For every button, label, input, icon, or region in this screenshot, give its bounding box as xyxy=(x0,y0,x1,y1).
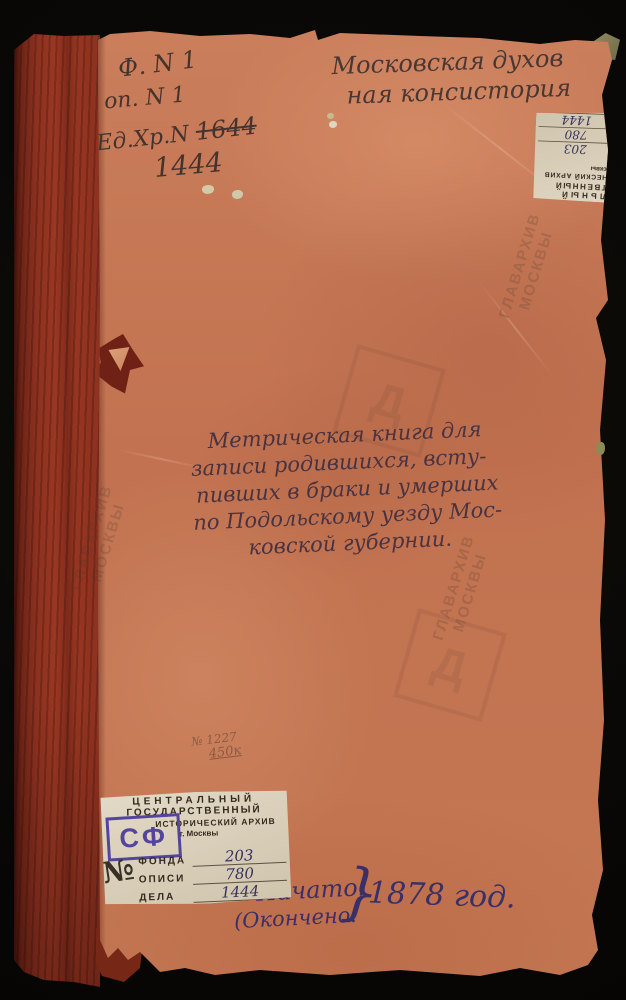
label-fields: ФОНДА 203 ОПИСИ 780 ДЕЛА 1444 xyxy=(138,846,287,904)
sf-stamp: СФ xyxy=(620,152,626,188)
book-cover: Ф. N 1 оп. N 1 Ед.Хр.N 1644 1444 Московс… xyxy=(96,28,614,980)
archive-label-top-upside-down: ЦЕНТРАЛЬНЫЙ ГОСУДАРСТВЕННЫЙ ИСТОРИЧЕСКИЙ… xyxy=(532,109,626,206)
pencil-line2: 450к xyxy=(208,743,242,762)
field-delo-label: ДЕЛА xyxy=(614,115,626,126)
fond-line3-struck-number: 1644 xyxy=(194,112,258,146)
damage-spot xyxy=(232,190,243,199)
damage-spot xyxy=(202,185,214,194)
number-sign: № xyxy=(100,852,136,890)
pencil-annotation: № 1227 450к xyxy=(190,729,242,764)
field-fond-label: ФОНДА xyxy=(613,144,626,155)
field-fond: ФОНДА 203 xyxy=(537,140,626,161)
field-delo-value: 1444 xyxy=(539,112,615,128)
fond-line3: Ед.Хр.N 1644 xyxy=(95,112,258,157)
damage-spot xyxy=(327,113,334,119)
consistory-line2: ная консистория xyxy=(346,74,571,110)
field-opis-value: 780 xyxy=(538,126,614,142)
org-line4: г. Москвы xyxy=(180,827,290,839)
watermark-logo-letter: Д xyxy=(366,371,412,432)
dates-year: 1878 год. xyxy=(367,875,516,915)
field-fond-label: ФОНДА xyxy=(138,855,192,867)
board-speck xyxy=(596,442,605,455)
fond-line1: Ф. N 1 xyxy=(117,45,199,82)
photo-background: Ф. N 1 оп. N 1 Ед.Хр.N 1644 1444 Московс… xyxy=(0,0,626,1000)
label-fields: ФОНДА 203 ОПИСИ 780 ДЕЛА 1444 xyxy=(537,111,626,160)
fond-line2: оп. N 1 xyxy=(103,82,187,114)
damage-spot xyxy=(329,121,337,128)
archive-org-name: ЦЕНТРАЛЬНЫЙ ГОСУДАРСТВЕННЫЙ ИСТОРИЧЕСКИЙ… xyxy=(532,162,626,204)
watermark-logo-letter: Д xyxy=(427,635,473,696)
archive-label-bottom: ЦЕНТРАЛЬНЫЙ ГОСУДАРСТВЕННЫЙ ИСТОРИЧЕСКИЙ… xyxy=(99,790,292,907)
consistory-annotation: Московская духов ная консистория xyxy=(331,44,571,110)
fond-line4: 1444 xyxy=(153,147,224,184)
field-opis-label: ОПИСИ xyxy=(613,129,626,140)
field-delo-label: ДЕЛА xyxy=(139,891,193,903)
field-fond-value: 203 xyxy=(537,140,613,156)
field-opis-label: ОПИСИ xyxy=(139,873,193,885)
